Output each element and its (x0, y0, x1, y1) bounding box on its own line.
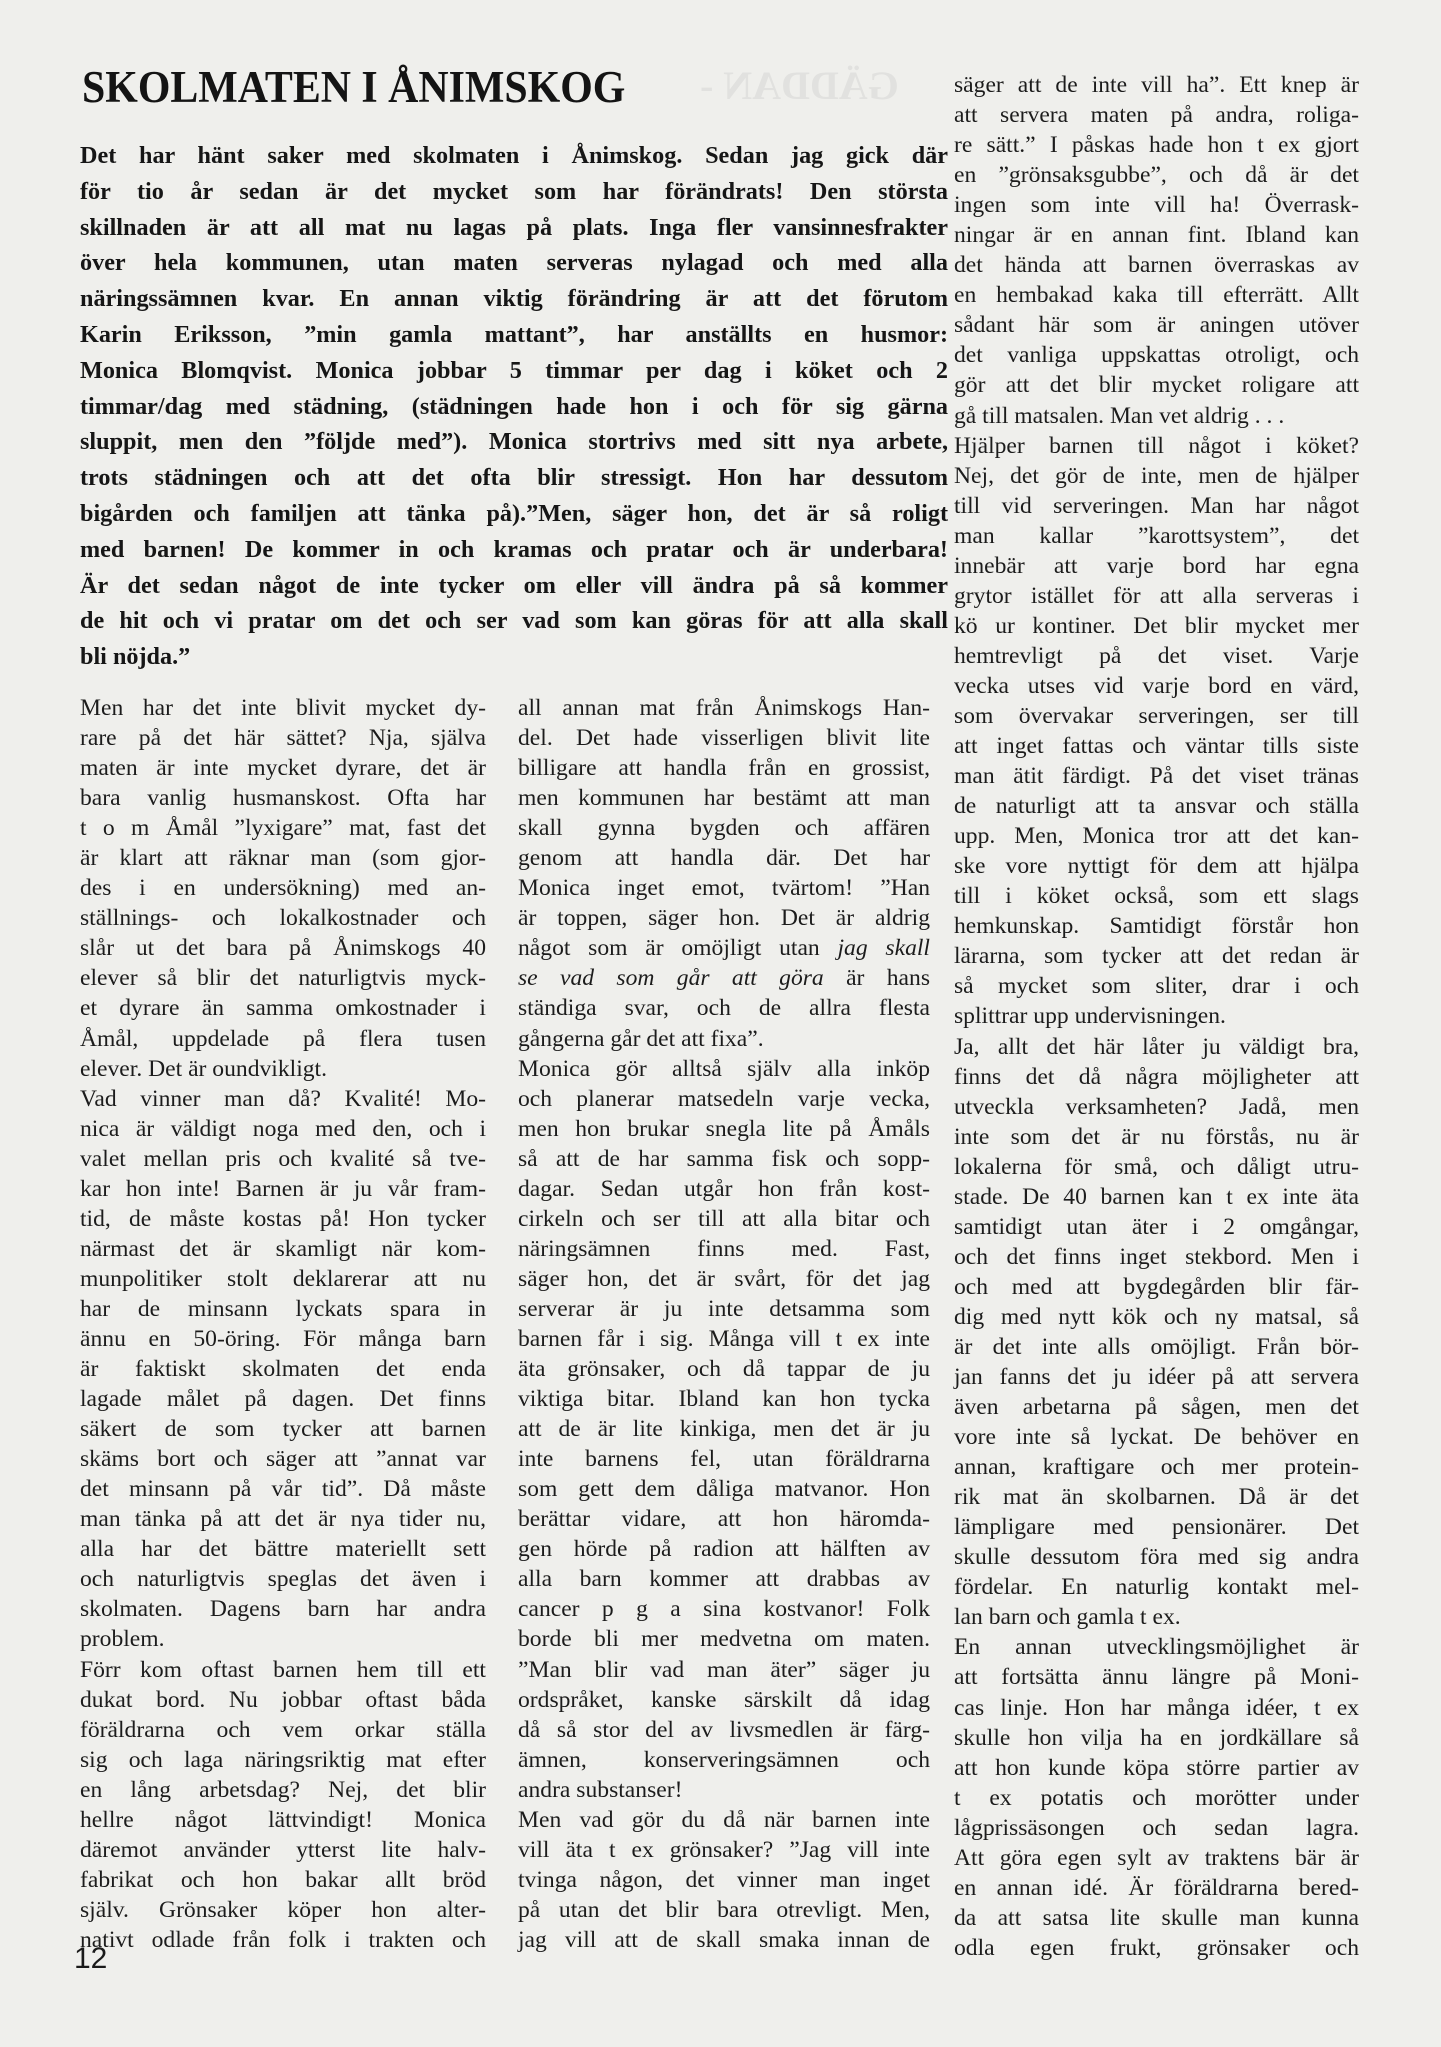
text-line: dig med nytt kök och ny matsal, så (954, 1302, 1359, 1332)
lead-line: för tio år sedan är det mycket som har f… (80, 174, 948, 210)
text-line: borde bli mer medvetna om maten. (518, 1624, 930, 1654)
article-title: SKOLMATEN I ÅNIMSKOG (82, 58, 659, 116)
text-line: Åmål, uppdelade på flera tusen (80, 1024, 486, 1054)
column-left: Men har det inte blivit mycket dy-rare p… (80, 693, 486, 1955)
text-fragment: något som är omöjligt utan (518, 935, 820, 961)
text-line: en ”grönsaksgubbe”, och då är det (954, 160, 1359, 190)
text-line: munpolitiker stolt deklarerar att nu (80, 1264, 486, 1294)
lead-line: Det har hänt saker med skolmaten i Ånims… (80, 138, 948, 174)
lead-line: med barnen! De kommer in och kramas och … (80, 532, 948, 568)
text-line: jan fanns det ju idéer på att servera (954, 1362, 1359, 1392)
text-line: lokalerna för små, och dåligt utru- (954, 1152, 1359, 1182)
text-line: säger hon, det är svårt, för det jag (518, 1264, 930, 1294)
text-line: maten är inte mycket dyrare, det är (80, 753, 486, 783)
text-line: gå till matsalen. Man vet aldrig . . . (954, 401, 1359, 431)
text-line: cancer p g a sina kostvanor! Folk (518, 1594, 930, 1624)
text-line: att de är lite kinkiga, men det är ju (518, 1414, 930, 1444)
text-line: något som är omöjligt utan jag skall (518, 933, 930, 963)
column-right: säger att de inte vill ha”. Ett knep ära… (954, 70, 1359, 1963)
text-line: ordspråket, kanske särskilt då idag (518, 1685, 930, 1715)
text-line: skall gynna bygden och affären (518, 813, 930, 843)
text-line: problem. (80, 1624, 486, 1654)
lead-line: näringssämnen kvar. En annan viktig förä… (80, 281, 948, 317)
text-line: Men vad gör du då när barnen inte (518, 1805, 930, 1835)
text-line: nativt odlade från folk i trakten och (80, 1925, 486, 1955)
text-line: billigare att handla från en grossist, (518, 753, 930, 783)
text-line: bara vanlig husmanskost. Ofta har (80, 783, 486, 813)
text-line: finns det då några möjligheter att (954, 1062, 1359, 1092)
text-line: närmast det är skamligt när kom- (80, 1234, 486, 1264)
text-line: Ja, allt det här låter ju väldigt bra, (954, 1032, 1359, 1062)
text-line: andra substanser! (518, 1775, 930, 1805)
text-line: vore inte så lyckat. De behöver en (954, 1422, 1359, 1452)
magazine-page: GÄDDAN - SKOLMATEN I ÅNIMSKOG Det har hä… (0, 0, 1441, 2047)
text-line: Monica inget emot, tvärtom! ”Han (518, 873, 930, 903)
text-line: upp. Men, Monica tror att det kan- (954, 821, 1359, 851)
text-line: fabrikat och hon bakar allt bröd (80, 1865, 486, 1895)
text-line: cirkeln och ser till att alla bitar och (518, 1204, 930, 1234)
text-line: nica är väldigt noga med den, och i (80, 1114, 486, 1144)
text-line: är klart att räknar man (som gjor- (80, 843, 486, 873)
text-line: skäms bort och säger att ”annat var (80, 1444, 486, 1474)
text-line: del. Det hade visserligen blivit lite (518, 723, 930, 753)
text-line: ständiga svar, och de allra flesta (518, 993, 930, 1023)
lead-line: skillnaden är att all mat nu lagas på pl… (80, 210, 948, 246)
text-line: ingen som inte vill ha! Överrask- (954, 190, 1359, 220)
text-line: Monica gör alltså själv alla inköp (518, 1054, 930, 1084)
text-line: att fortsätta ännu längre på Moni- (954, 1662, 1359, 1692)
text-line: lämpligare med pensionärer. Det (954, 1512, 1359, 1542)
text-line: föräldrarna och vem orkar ställa (80, 1715, 486, 1745)
text-line: är toppen, säger hon. Det är aldrig (518, 903, 930, 933)
text-line: lågprissäsongen och sedan lagra. (954, 1813, 1359, 1843)
text-line: da att satsa lite skulle man kunna (954, 1903, 1359, 1933)
text-line: elever. Det är oundvikligt. (80, 1054, 486, 1084)
text-line: t o m Åmål ”lyxigare” mat, fast det (80, 813, 486, 843)
text-line: hemkunskap. Samtidigt förstår hon (954, 911, 1359, 941)
lead-line: bigården och familjen att tänka på).”Men… (80, 496, 948, 532)
text-line: re sätt.” I påskas hade hon t ex gjort (954, 130, 1359, 160)
text-line: samtidigt utan äter i 2 omgångar, (954, 1212, 1359, 1242)
italic-quote: jag skall (820, 935, 930, 961)
text-line: hellre något lättvindigt! Monica (80, 1805, 486, 1835)
text-line: ningar är en annan fint. Ibland kan (954, 220, 1359, 250)
text-line: stade. De 40 barnen kan t ex inte äta (954, 1182, 1359, 1212)
text-line: inte som det är nu förstås, nu är (954, 1122, 1359, 1152)
text-line: Förr kom oftast barnen hem till ett (80, 1655, 486, 1685)
text-line: säger att de inte vill ha”. Ett knep är (954, 70, 1359, 100)
text-line: till i köket också, som ett slags (954, 881, 1359, 911)
lead-line: sluppit, men den ”följde med”). Monica s… (80, 424, 948, 460)
text-line: en lång arbetsdag? Nej, det blir (80, 1775, 486, 1805)
text-line: annan, kraftigare och mer protein- (954, 1452, 1359, 1482)
lead-line: Är det sedan något de inte tycker om ell… (80, 568, 948, 604)
text-line: att inget fattas och väntar tills siste (954, 731, 1359, 761)
lead-line: timmar/dag med städning, (städningen had… (80, 389, 948, 425)
text-line: all annan mat från Ånimskogs Han- (518, 693, 930, 723)
text-line: skolmaten. Dagens barn har andra (80, 1594, 486, 1624)
text-line: näringsämnen finns med. Fast, (518, 1234, 930, 1264)
lead-paragraph: Det har hänt saker med skolmaten i Ånims… (80, 138, 948, 675)
text-line: att servera maten på andra, roliga- (954, 100, 1359, 130)
text-line: ske vore nyttigt för dem att hjälpa (954, 851, 1359, 881)
text-line: kö ur kontiner. Det blir mycket mer (954, 611, 1359, 641)
text-line: des i en undersökning) med an- (80, 873, 486, 903)
text-line: så att de har samma fisk och sopp- (518, 1144, 930, 1174)
text-line: Hjälper barnen till något i köket? (954, 431, 1359, 461)
text-line: lagade målet på dagen. Det finns (80, 1384, 486, 1414)
text-line: skulle dessutom föra med sig andra (954, 1542, 1359, 1572)
text-line: tvinga någon, det vinner man inget (518, 1865, 930, 1895)
text-line: skulle hon vilja ha en jordkällare så (954, 1723, 1359, 1753)
text-line: till vid serveringen. Man har något (954, 491, 1359, 521)
text-line: ”Man blir vad man äter” säger ju (518, 1655, 930, 1685)
text-line: splittrar upp undervisningen. (954, 1001, 1359, 1031)
text-line: t ex potatis och morötter under (954, 1783, 1359, 1813)
text-line: man tänka på att det är nya tider nu, (80, 1504, 486, 1534)
text-line: ställnings- och lokalkostnader och (80, 903, 486, 933)
text-line: gångerna går det att fixa”. (518, 1024, 930, 1054)
page-number: 12 (74, 1942, 107, 1976)
lead-line: bli nöjda.” (80, 639, 948, 675)
text-line: är faktiskt skolmaten det enda (80, 1354, 486, 1384)
text-line: men kommunen har bestämt att man (518, 783, 930, 813)
text-line: man kallar ”karottsystem”, det (954, 521, 1359, 551)
text-line: en hembakad kaka till efterrätt. Allt (954, 280, 1359, 310)
lead-line: över hela kommunen, utan maten serveras … (80, 245, 948, 281)
text-line: Vad vinner man då? Kvalité! Mo- (80, 1084, 486, 1114)
text-line: valet mellan pris och kvalité så tve- (80, 1144, 486, 1174)
text-line: gör att det blir mycket roligare att (954, 370, 1359, 400)
lead-line: trots städningen och att det ofta blir s… (80, 460, 948, 496)
text-line: vill äta t ex grönsaker? ”Jag vill inte (518, 1835, 930, 1865)
text-line: ämnen, konserveringsämnen och (518, 1745, 930, 1775)
text-line: alla barn kommer att drabbas av (518, 1564, 930, 1594)
text-line: sådant här som är aningen utöver (954, 310, 1359, 340)
text-line: så mycket som sliter, drar i och (954, 971, 1359, 1001)
text-line: dukat bord. Nu jobbar oftast båda (80, 1685, 486, 1715)
text-line: hemtrevligt på det viset. Varje (954, 641, 1359, 671)
text-line: barnen får i sig. Många vill t ex inte (518, 1324, 930, 1354)
text-line: se vad som går att göra är hans (518, 963, 930, 993)
text-line: rik mat än skolbarnen. Då är det (954, 1482, 1359, 1512)
text-line: grytor istället för att alla serveras i (954, 581, 1359, 611)
text-line: gen hörde på radion att hälften av (518, 1534, 930, 1564)
text-line: et dyrare än samma omkostnader i (80, 993, 486, 1023)
text-line: Att göra egen sylt av traktens bär är (954, 1843, 1359, 1873)
text-line: sig och laga näringsriktig mat efter (80, 1745, 486, 1775)
text-line: och med att bygdegården blir fär- (954, 1272, 1359, 1302)
text-line: Men har det inte blivit mycket dy- (80, 693, 486, 723)
text-line: det hända att barnen överraskas av (954, 250, 1359, 280)
text-line: på utan det blir bara otrevligt. Men, (518, 1895, 930, 1925)
text-line: de naturligt att ta ansvar och ställa (954, 791, 1359, 821)
text-line: lärarna, som tycker att det redan är (954, 941, 1359, 971)
text-line: har de minsann lyckats spara in (80, 1294, 486, 1324)
text-line: elever så blir det naturligtvis myck- (80, 963, 486, 993)
text-line: är det inte alls omöjligt. Från bör- (954, 1332, 1359, 1362)
text-line: En annan utvecklingsmöjlighet är (954, 1632, 1359, 1662)
text-line: även arbetarna på sågen, men det (954, 1392, 1359, 1422)
text-line: själv. Grönsaker köper hon alter- (80, 1895, 486, 1925)
text-line: utveckla verksamheten? Jadå, men (954, 1092, 1359, 1122)
text-line: kar hon inte! Barnen är ju vår fram- (80, 1174, 486, 1204)
text-line: säkert de som tycker att barnen (80, 1414, 486, 1444)
lead-line: de hit och vi pratar om det och ser vad … (80, 603, 948, 639)
text-line: tid, de måste kostas på! Hon tycker (80, 1204, 486, 1234)
text-line: ännu en 50-öring. För många barn (80, 1324, 486, 1354)
text-line: att hon kunde köpa större partier av (954, 1753, 1359, 1783)
text-line: viktiga bitar. Ibland kan hon tycka (518, 1384, 930, 1414)
text-line: cas linje. Hon har många idéer, t ex (954, 1693, 1359, 1723)
text-line: berättar vidare, att hon häromda- (518, 1504, 930, 1534)
text-line: genom att handla där. Det har (518, 843, 930, 873)
italic-quote: se vad som går att göra (518, 965, 824, 991)
text-line: slår ut det bara på Ånimskogs 40 (80, 933, 486, 963)
text-line: inte barnens fel, utan föräldrarna (518, 1444, 930, 1474)
text-line: fördelar. En naturlig kontakt mel- (954, 1572, 1359, 1602)
text-line: en annan idé. Är föräldrarna bered- (954, 1873, 1359, 1903)
show-through-text: GÄDDAN - (700, 62, 899, 109)
text-line: innebär att varje bord har egna (954, 551, 1359, 581)
text-line: som övervakar serveringen, ser till (954, 701, 1359, 731)
text-line: men hon brukar snegla lite på Åmåls (518, 1114, 930, 1144)
text-line: vecka utses vid varje bord en värd, (954, 671, 1359, 701)
text-line: däremot använder ytterst lite halv- (80, 1835, 486, 1865)
text-line: och det finns inget stekbord. Men i (954, 1242, 1359, 1272)
text-line: och naturligtvis speglas det även i (80, 1564, 486, 1594)
text-fragment: är hans (824, 965, 930, 991)
text-line: och planerar matsedeln varje vecka, (518, 1084, 930, 1114)
text-line: det minsann på vår tid”. Då måste (80, 1474, 486, 1504)
lead-line: Monica Blomqvist. Monica jobbar 5 timmar… (80, 353, 948, 389)
lead-line: Karin Eriksson, ”min gamla mattant”, har… (80, 317, 948, 353)
text-line: äta grönsaker, och då tappar de ju (518, 1354, 930, 1384)
text-line: då så stor del av livsmedlen är färg- (518, 1715, 930, 1745)
text-line: jag vill att de skall smaka innan de (518, 1925, 930, 1955)
column-middle: all annan mat från Ånimskogs Han-del. De… (518, 693, 930, 1955)
text-line: det vanliga uppskattas otroligt, och (954, 340, 1359, 370)
text-line: serverar är ju inte detsamma som (518, 1294, 930, 1324)
text-line: odla egen frukt, grönsaker och (954, 1933, 1359, 1963)
text-line: lan barn och gamla t ex. (954, 1602, 1359, 1632)
text-line: Nej, det gör de inte, men de hjälper (954, 461, 1359, 491)
text-line: dagar. Sedan utgår hon från kost- (518, 1174, 930, 1204)
text-line: som gett dem dåliga matvanor. Hon (518, 1474, 930, 1504)
text-line: man ätit färdigt. På det viset tränas (954, 761, 1359, 791)
text-line: alla har det bättre materiellt sett (80, 1534, 486, 1564)
text-line: rare på det här sättet? Nja, själva (80, 723, 486, 753)
